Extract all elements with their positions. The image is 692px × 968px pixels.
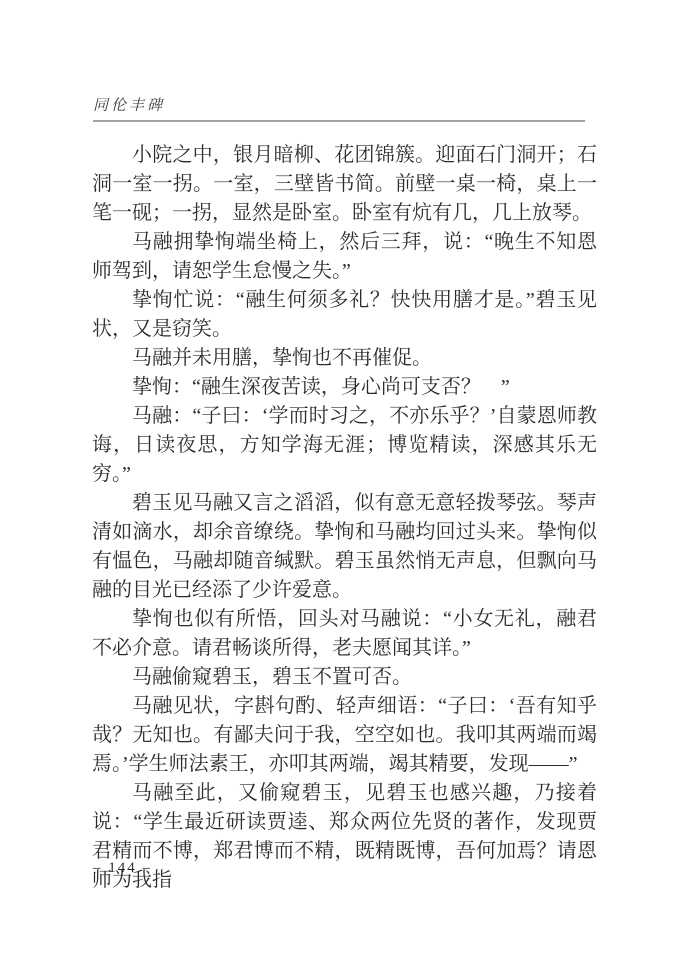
paragraph-no-meal: 马融并未用膳，挚恂也不再催促。 — [92, 344, 597, 373]
paragraph-ma-rong-analects: 马融见状，字斟句酌、轻声细语：“子曰：‘吾有知乎哉？无知也。有鄙夫问于我，空空如… — [92, 692, 597, 779]
paragraph-zhi-xun-apology: 挚恂也似有所悟，回头对马融说：“小女无礼，融君不必介意。请君畅谈所得，老夫愿闻其… — [92, 605, 597, 663]
paragraph-ma-rong-bows: 马融拥挚恂端坐椅上，然后三拜，说：“晚生不知恩师驾到，请恕学生怠慢之失。” — [92, 228, 597, 286]
page-number: – 144 – — [93, 860, 152, 876]
paragraph-ma-rong-quote: 马融：“子曰：‘学而时习之，不亦乐乎？’自蒙恩师教诲，日读夜思，方知学海无涯；博… — [92, 402, 597, 489]
running-title: 同伦丰碑 — [93, 97, 585, 115]
paragraph-zhi-xun-question: 挚恂：“融生深夜苦读，身心尚可支否？ ” — [92, 373, 597, 402]
paragraph-bi-yu-qin: 碧玉见马融又言之滔滔，似有意无意轻拨琴弦。琴声清如滴水，却余音缭绕。挚恂和马融均… — [92, 489, 597, 605]
page-footer: – 144 – — [93, 860, 152, 877]
paragraph-zhi-xun-reply: 挚恂忙说：“融生何须多礼？快快用膳才是。”碧玉见状，又是窃笑。 — [92, 286, 597, 344]
body-text: 小院之中，银月暗柳、花团锦簇。迎面石门洞开；石洞一室一拐。一室，三壁皆书简。前壁… — [92, 141, 597, 895]
paragraph-glance: 马融偷窥碧玉，碧玉不置可否。 — [92, 663, 597, 692]
header-rule — [93, 120, 585, 122]
paragraph-scene-description: 小院之中，银月暗柳、花团锦簇。迎面石门洞开；石洞一室一拐。一室，三壁皆书简。前壁… — [92, 141, 597, 228]
paragraph-ma-rong-scholars: 马融至此，又偷窥碧玉，见碧玉也感兴趣，乃接着说：“学生最近研读贾逵、郑众两位先贤… — [92, 779, 597, 895]
book-page: 同伦丰碑 小院之中，银月暗柳、花团锦簇。迎面石门洞开；石洞一室一拐。一室，三壁皆… — [0, 0, 692, 968]
page-header: 同伦丰碑 — [93, 97, 585, 130]
